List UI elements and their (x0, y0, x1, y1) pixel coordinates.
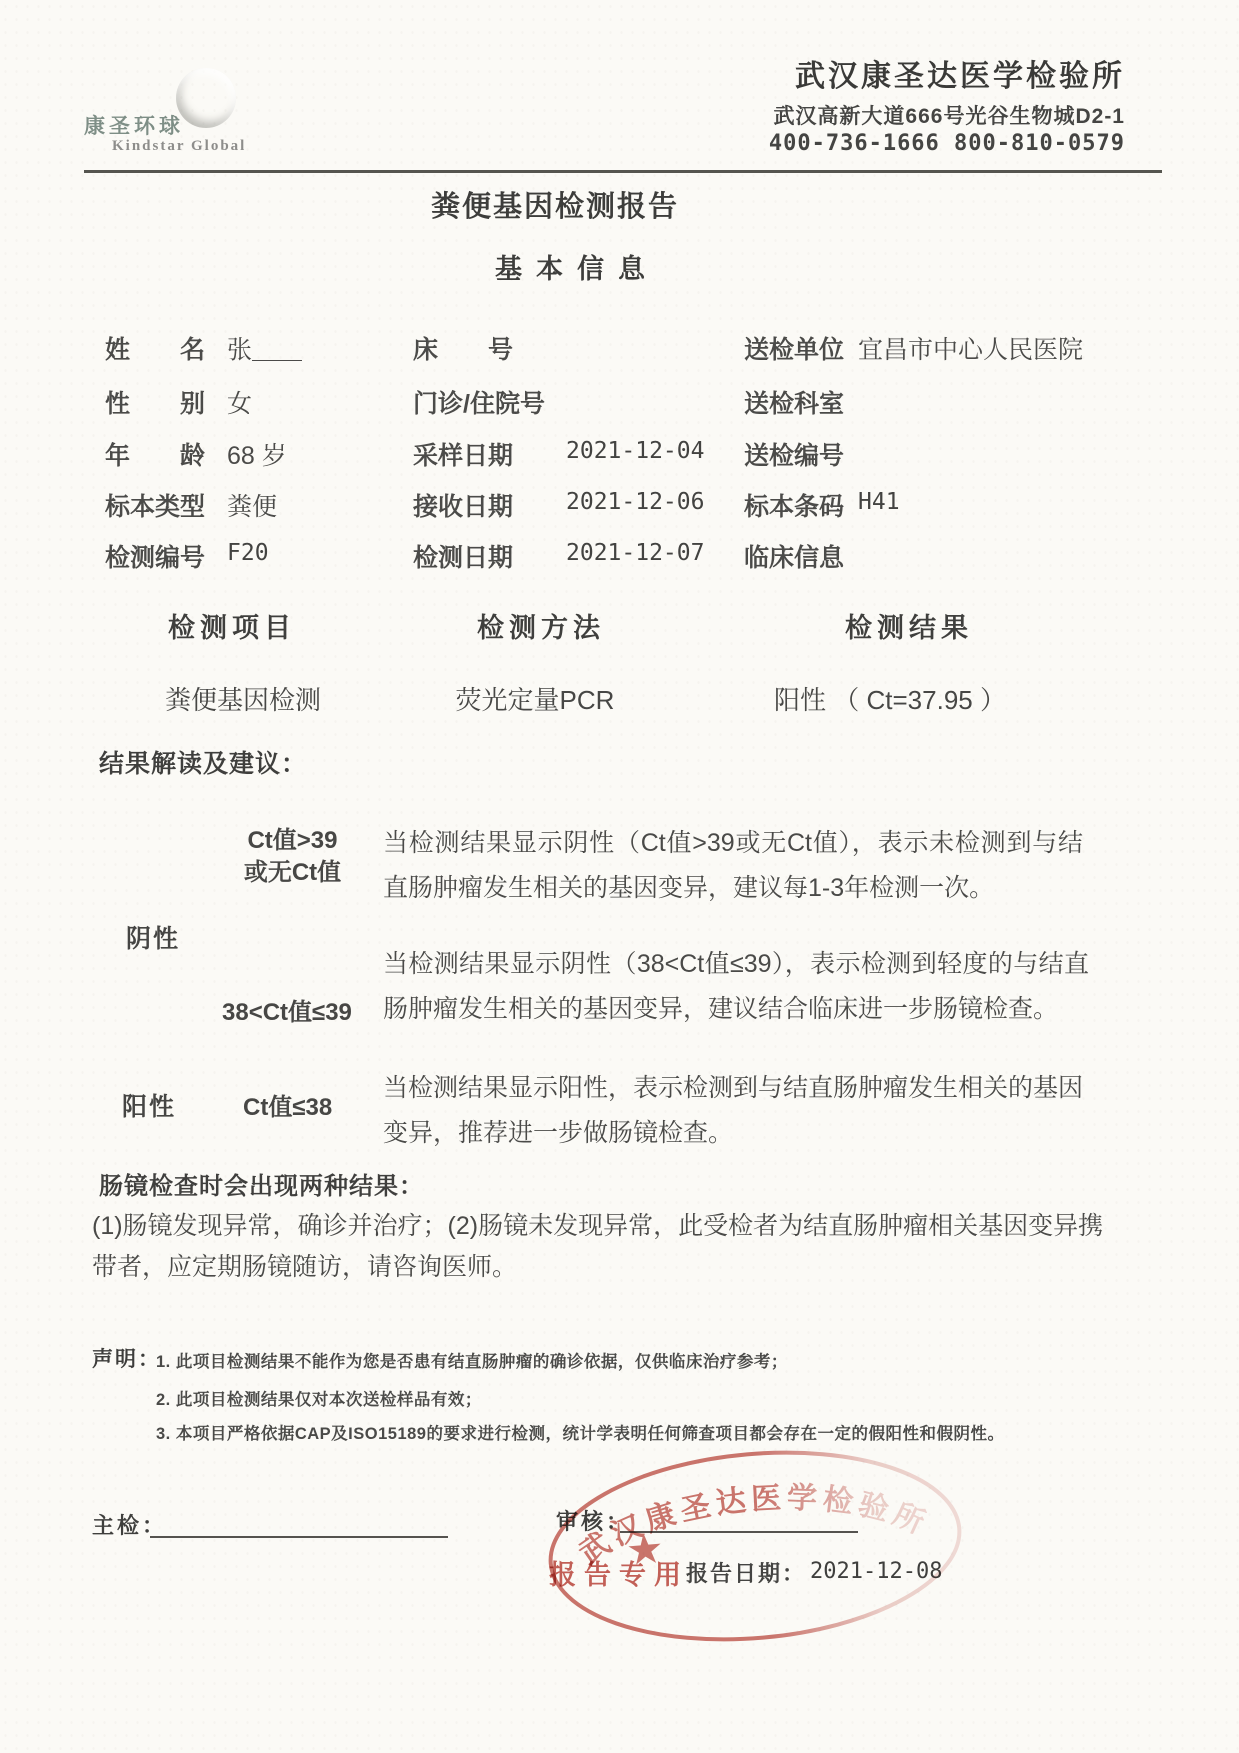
sampling-date-label: 采样日期 (413, 436, 513, 472)
specimen-type-value: 粪便 (227, 487, 277, 523)
gender-label: 性 别 (105, 384, 205, 420)
results-header-method: 检测方法 (477, 606, 605, 645)
ct-range-gt39-line2: 或无Ct值 (205, 857, 380, 889)
interpretation-para-2: 当检测结果显示阴性（38<Ct值≤39），表示检测到轻度的与结直肠肿瘤发生相关的… (383, 942, 1089, 1032)
logo-cn-text: 康圣环球 (84, 110, 184, 140)
name-value: 张＿＿ (227, 330, 302, 366)
table-row: 检测编号 F20 检测日期 2021-12-07 临床信息 (0, 538, 1239, 568)
specimen-barcode-label: 标本条码 (744, 487, 844, 523)
test-number-value: F20 (227, 540, 269, 566)
header-divider (84, 170, 1162, 173)
ct-range-le38: Ct值≤38 (243, 1087, 332, 1122)
result-value: 阳性 （ Ct=37.95 ） (774, 680, 1006, 717)
receipt-date-label: 接收日期 (413, 487, 513, 523)
name-label: 姓 名 (105, 330, 205, 366)
report-page: 康圣环球 Kindstar Global 武汉康圣达医学检验所 武汉高新大道66… (0, 0, 1239, 1753)
sampling-date-value: 2021-12-04 (566, 438, 704, 464)
positive-group-label: 阳性 (122, 1087, 176, 1123)
outpatient-number-label: 门诊/住院号 (413, 384, 545, 420)
receipt-date-value: 2021-12-06 (566, 489, 704, 515)
lab-name: 武汉康圣达医学检验所 (420, 62, 1125, 92)
ct-range-gt39: Ct值>39 或无Ct值 (205, 825, 380, 889)
submission-number-label: 送检编号 (744, 436, 844, 472)
official-stamp: 武汉康圣达医学检验所 ★ (505, 1436, 1005, 1656)
submitting-department-label: 送检科室 (744, 384, 844, 420)
ct-range-38-39: 38<Ct值≤39 (222, 992, 352, 1027)
interpretation-heading: 结果解读及建议： (99, 744, 307, 780)
ct-range-gt39-line1: Ct值>39 (205, 825, 380, 857)
lab-address: 武汉高新大道666号光谷生物城D2-1 (420, 106, 1125, 127)
examiner-signature-line (150, 1508, 448, 1538)
table-row: 标本类型 粪便 接收日期 2021-12-06 标本条码 H41 (0, 487, 1239, 517)
table-row: 性 别 女 门诊/住院号 送检科室 (0, 384, 1239, 414)
test-date-label: 检测日期 (413, 538, 513, 574)
interpretation-para-3: 当检测结果显示阳性，表示检测到与结直肠肿瘤发生相关的基因变异，推荐进一步做肠镜检… (383, 1066, 1083, 1156)
clinical-info-label: 临床信息 (744, 538, 844, 574)
disclaimer-item: 1. 此项目检测结果不能作为您是否患有结直肠肿瘤的确诊依据，仅供临床治疗参考； (156, 1348, 788, 1372)
stamp-bottom-text: 报告专用 (549, 1553, 689, 1592)
age-label: 年 龄 (105, 436, 205, 472)
test-number-label: 检测编号 (105, 538, 205, 574)
table-row: 年 龄 68 岁 采样日期 2021-12-04 送检编号 (0, 436, 1239, 466)
results-header-result: 检测结果 (845, 606, 973, 645)
logo-en-text: Kindstar Global (112, 138, 246, 155)
submitting-unit-value: 宜昌市中心人民医院 (858, 330, 1083, 366)
disclaimer-label: 声明： (92, 1343, 161, 1373)
report-title: 粪便基因检测报告 (355, 184, 755, 225)
age-value: 68 岁 (227, 436, 287, 472)
specimen-barcode-value: H41 (858, 489, 900, 515)
colonoscopy-heading: 肠镜检查时会出现两种结果： (99, 1166, 424, 1201)
result-method: 荧光定量PCR (456, 680, 615, 717)
section-title-basic-info: 基本信息 (430, 247, 710, 286)
disclaimer-item: 2. 此项目检测结果仅对本次送检样品有效； (156, 1386, 482, 1410)
test-date-value: 2021-12-07 (566, 540, 704, 566)
colonoscopy-body: (1)肠镜发现异常，确诊并治疗；(2)肠镜未发现异常，此受检者为结直肠肿瘤相关基… (92, 1206, 1108, 1288)
table-row: 姓 名 张＿＿ 床 号 送检单位 宜昌市中心人民医院 (0, 330, 1239, 360)
globe-icon (176, 68, 236, 128)
gender-value: 女 (227, 384, 252, 420)
specimen-type-label: 标本类型 (105, 487, 205, 523)
lab-header: 武汉康圣达医学检验所 武汉高新大道666号光谷生物城D2-1 400-736-1… (420, 62, 1125, 155)
interpretation-para-1: 当检测结果显示阴性（Ct值>39或无Ct值），表示未检测到与结直肠肿瘤发生相关的… (383, 821, 1083, 911)
bed-number-label: 床 号 (413, 330, 513, 366)
lab-phone: 400-736-1666 800-810-0579 (420, 133, 1125, 155)
results-header-item: 检测项目 (168, 606, 296, 645)
negative-group-label: 阴性 (126, 919, 180, 955)
submitting-unit-label: 送检单位 (744, 330, 844, 366)
result-item-name: 粪便基因检测 (165, 680, 321, 717)
